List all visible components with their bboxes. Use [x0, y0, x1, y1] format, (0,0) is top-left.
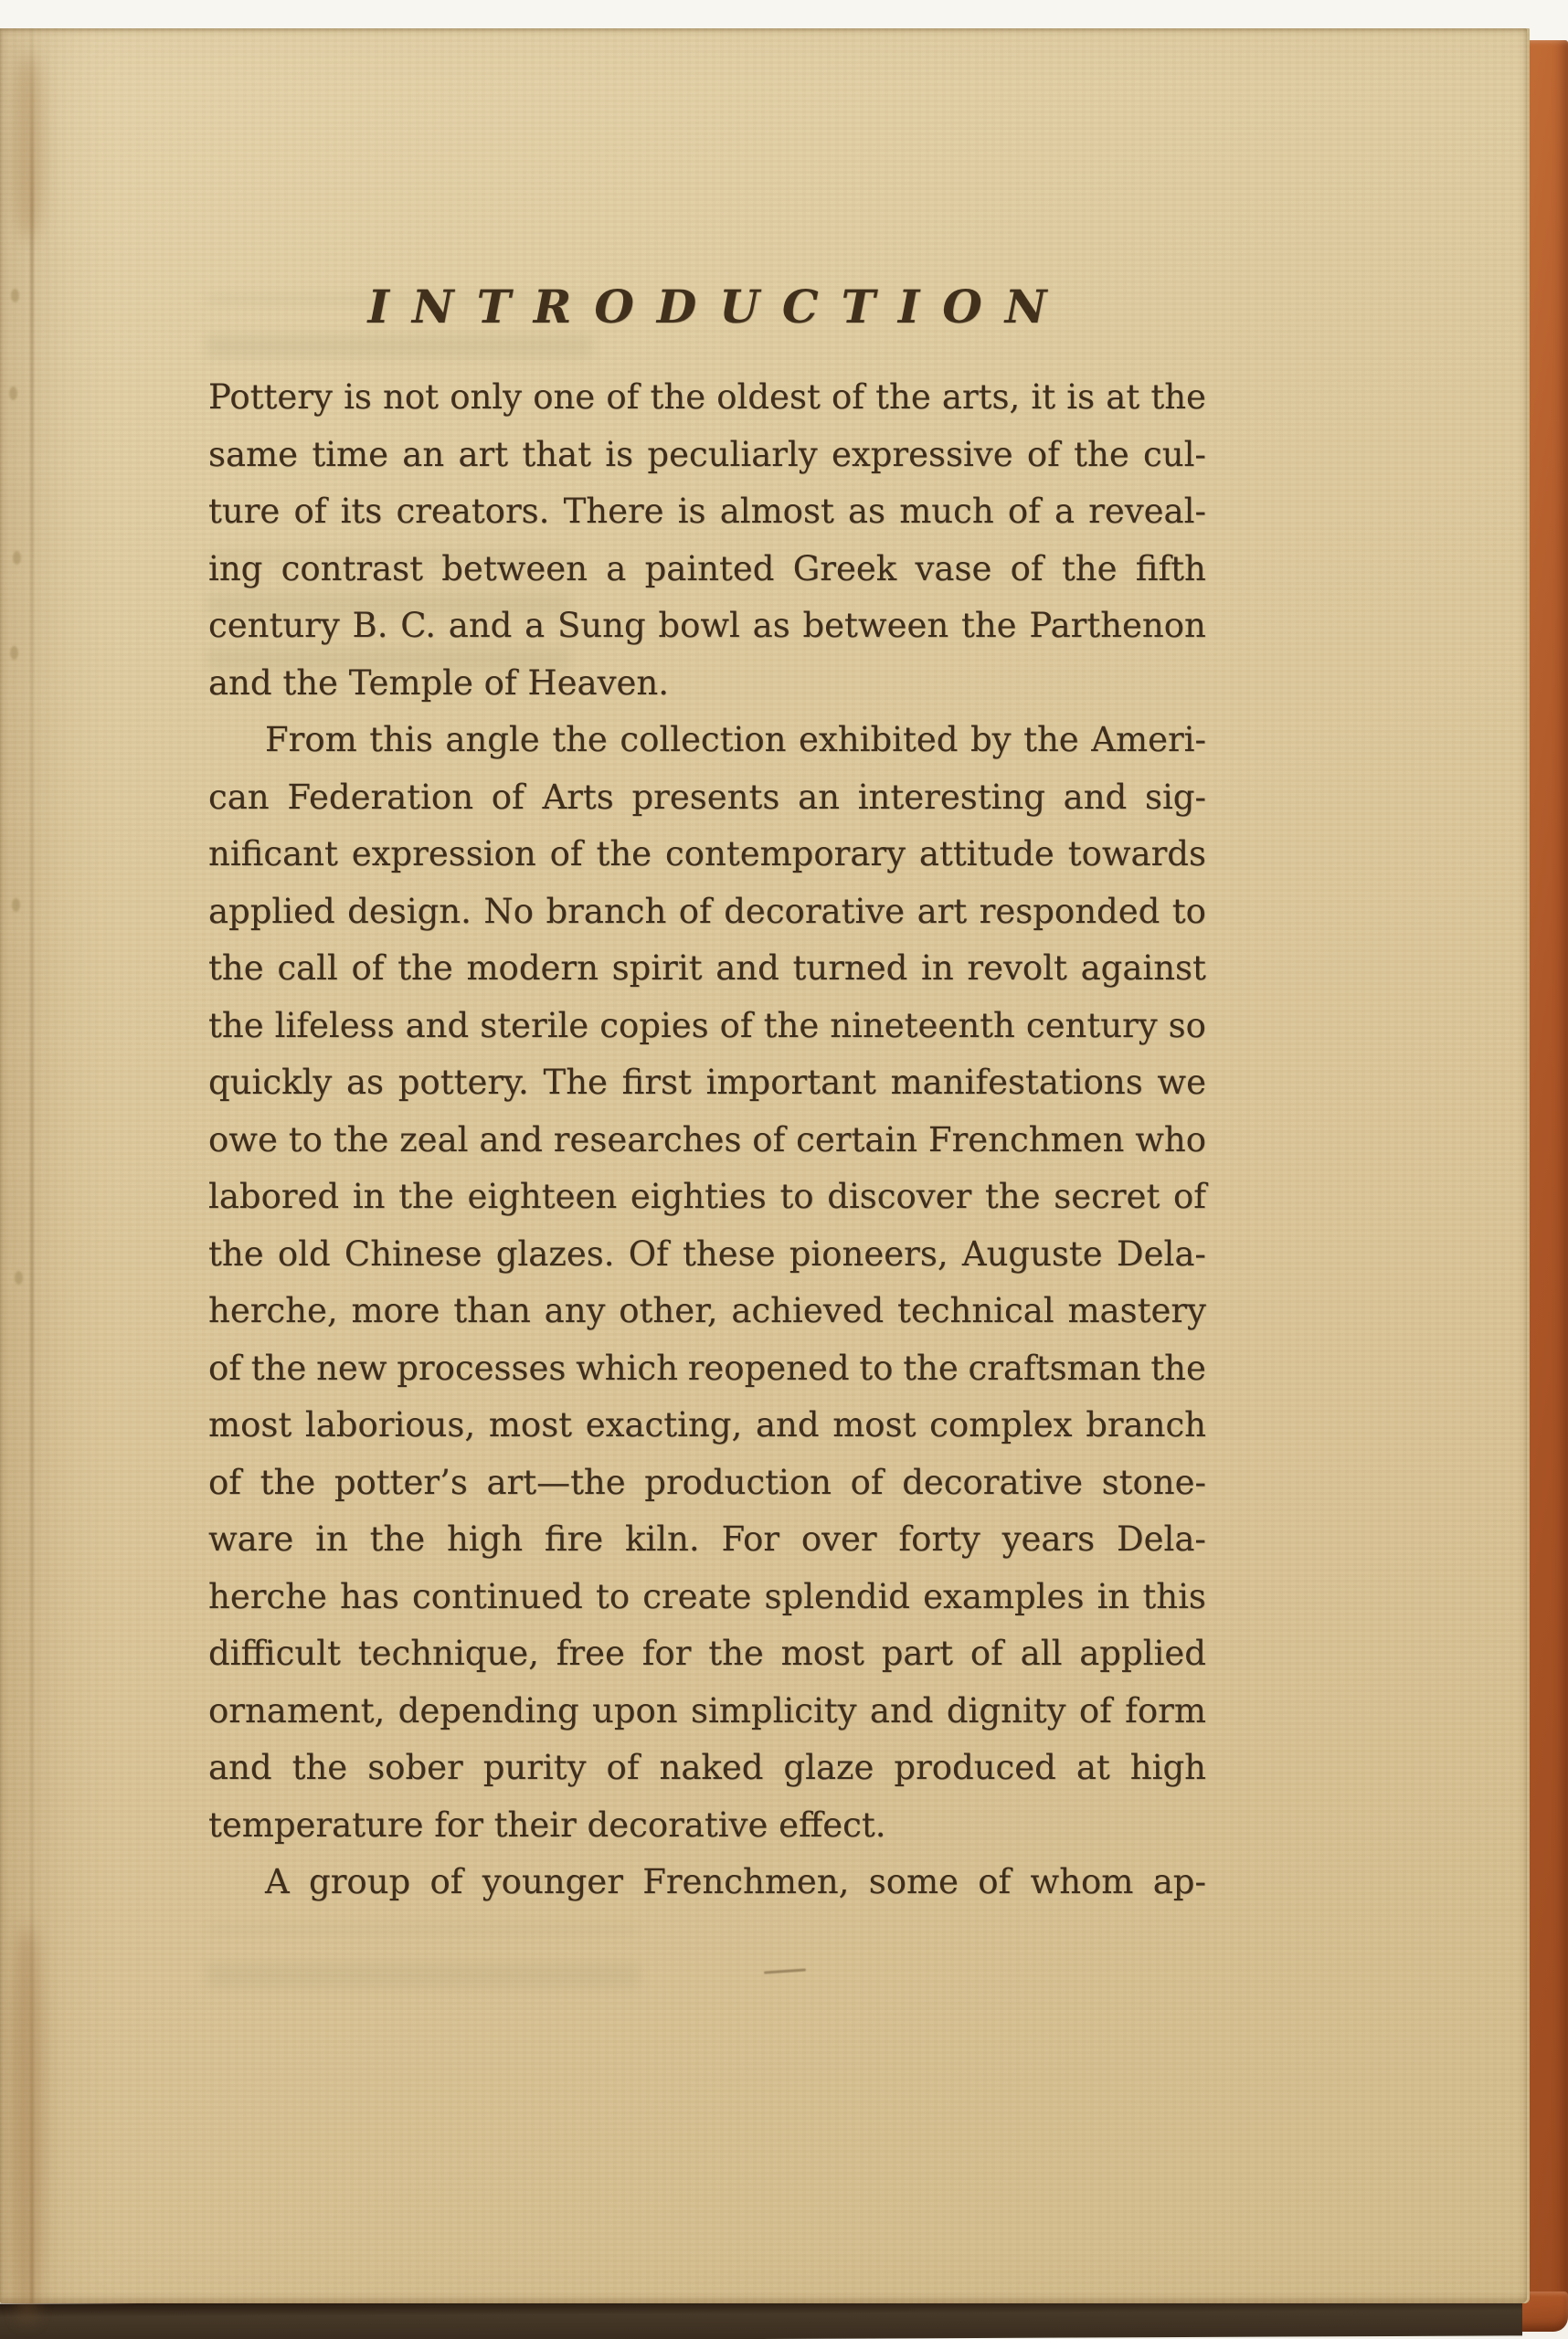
text-line: wareinthehighfirekiln.ForoverfortyyearsD… — [208, 1511, 1206, 1569]
gutter-stain-bottom — [13, 1929, 42, 2322]
page-bottom-shadow — [0, 2297, 1522, 2339]
text-line: andthesoberpurityofnakedglazeproducedath… — [208, 1740, 1206, 1797]
text-line: laboredintheeighteeneightiestodiscoverth… — [208, 1169, 1206, 1226]
body-text: Potteryisnotonlyoneoftheoldestofthearts,… — [208, 369, 1206, 1911]
text-line: canFederationofArtspresentsaninteresting… — [208, 769, 1206, 827]
text-line: temperature for their decorative effect. — [208, 1797, 1206, 1855]
gutter-stain-top — [15, 56, 42, 238]
binding-stitch-mark — [15, 1271, 23, 1285]
binding-stitch-mark — [10, 646, 18, 660]
text-line: thelifelessandsterilecopiesofthenineteen… — [208, 998, 1206, 1055]
text-line: thecallofthemodernspiritandturnedinrevol… — [208, 940, 1206, 998]
text-line: applieddesign.Nobranchofdecorativeartres… — [208, 884, 1206, 941]
binding-stitch-mark — [12, 898, 20, 912]
text-line: herchehascontinuedtocreatesplendidexampl… — [208, 1569, 1206, 1626]
text-line: quicklyaspottery.Thefirstimportantmanife… — [208, 1054, 1206, 1112]
text-line: herche,morethananyother,achievedtechnica… — [208, 1283, 1206, 1340]
text-line: nificantexpressionofthecontemporaryattit… — [208, 826, 1206, 884]
text-line: centuryB.C.andaSungbowlasbetweentheParth… — [208, 598, 1206, 655]
text-line: difficulttechnique,freeforthemostpartofa… — [208, 1625, 1206, 1683]
text-line: mostlaborious,mostexacting,andmostcomple… — [208, 1397, 1206, 1455]
binding-stitch-mark — [11, 289, 19, 302]
text-line: ornament,dependinguponsimplicityanddigni… — [208, 1683, 1206, 1741]
text-line: ofthepotter’sart—theproductionofdecorati… — [208, 1455, 1206, 1512]
binding-stitch-mark — [9, 386, 17, 400]
text-line: ingcontrastbetweenapaintedGreekvaseofthe… — [208, 541, 1206, 598]
text-line: AgroupofyoungerFrenchmen,someofwhomap- — [208, 1854, 1206, 1911]
scanned-book-page: INTRODUCTION Potteryisnotonlyoneoftheold… — [0, 0, 1568, 2339]
text-line: tureofitscreators.Thereisalmostasmuchofa… — [208, 483, 1206, 541]
page-heading: INTRODUCTION — [208, 280, 1206, 334]
text-line: Fromthisanglethecollectionexhibitedbythe… — [208, 712, 1206, 769]
text-line: Potteryisnotonlyoneoftheoldestofthearts,… — [208, 369, 1206, 427]
text-line: theoldChineseglazes.Ofthesepioneers,Augu… — [208, 1226, 1206, 1284]
text-line: sametimeanartthatispeculiarlyexpressiveo… — [208, 427, 1206, 484]
show-through-ghost — [207, 1927, 640, 1987]
text-line: ofthenewprocesseswhichreopenedtothecraft… — [208, 1340, 1206, 1398]
text-line: and the Temple of Heaven. — [208, 655, 1206, 713]
text-line: owetothezealandresearchesofcertainFrench… — [208, 1112, 1206, 1169]
binding-stitch-mark — [13, 551, 21, 565]
